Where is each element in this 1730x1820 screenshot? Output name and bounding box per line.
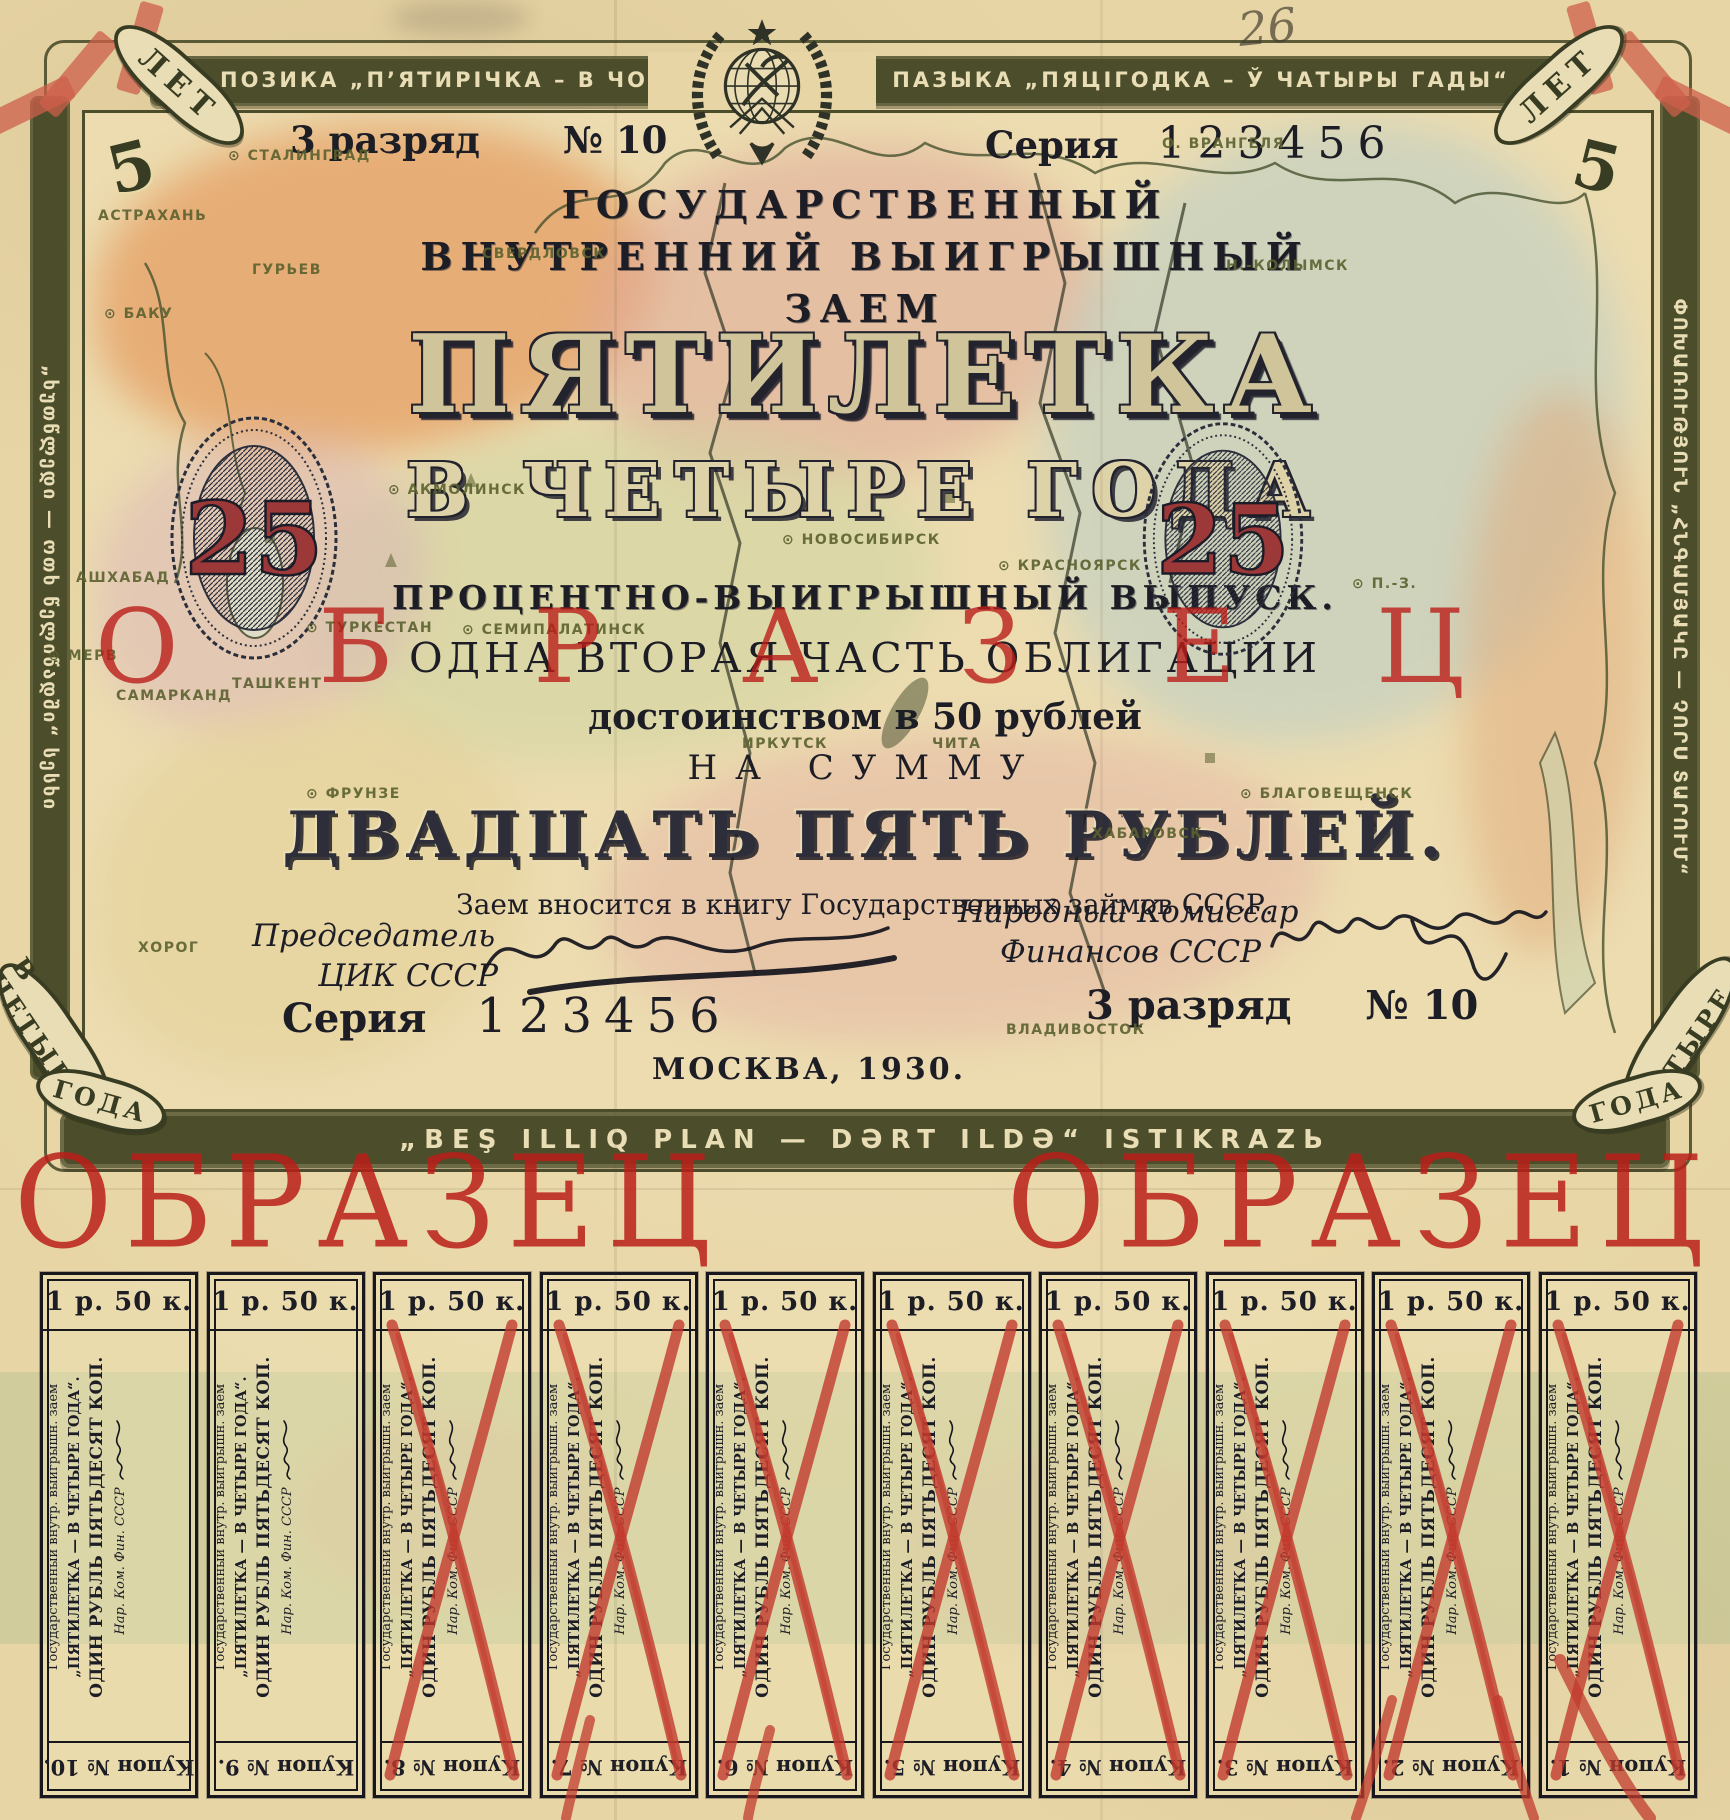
paper-crease xyxy=(1100,0,1103,1820)
coupon-line2: „ПЯТИЛЕТКА — В ЧЕТЫРЕ ГОДА“. xyxy=(64,1334,86,1720)
coupon-narkomfin-label: Нар. Ком. Фин. СССР xyxy=(444,1487,464,1634)
coupon-line3: ОДИН РУБЛЬ ПЯТЬДЕСЯТ КОП. xyxy=(418,1334,444,1720)
coupon-value: 1 р. 50 к. xyxy=(876,1275,1028,1331)
coupon-narkomfin-label: Нар. Ком. Фин. СССР xyxy=(111,1487,131,1634)
coupon: 1 р. 50 к. Государственный внутр. выигры… xyxy=(373,1272,531,1798)
coupon-divider xyxy=(1548,1741,1688,1743)
coupon-line4: Нар. Ком. Фин. СССР xyxy=(444,1334,464,1720)
coupon-line2: „ПЯТИЛЕТКА — В ЧЕТЫРЕ ГОДА“. xyxy=(1229,1334,1251,1720)
map-city-label: ГУРЬЕВ xyxy=(252,262,322,278)
map-city-label: ⊙ БЛАГОВЕЩЕНСК xyxy=(1240,786,1413,802)
coupon-signature xyxy=(779,1419,795,1481)
map-labels-layer: ⊙ СТАЛИНГРАДАСТРАХАНЬГУРЬЕВ⊙ БАКУСВЕРДЛО… xyxy=(0,0,1730,1150)
coupon-line1: Государственный внутр. выигрышн. заем xyxy=(1043,1334,1063,1720)
coupon-line4: Нар. Ком. Фин. СССР xyxy=(943,1334,963,1720)
map-city-label: ХАБАРОВСК xyxy=(1092,826,1203,842)
specimen-letter: Е xyxy=(1162,588,1236,707)
coupon-line2: „ПЯТИЛЕТКА — В ЧЕТЫРЕ ГОДА“. xyxy=(397,1334,419,1720)
coupon-vertical-text: Государственный внутр. выигрышн. заем „П… xyxy=(543,1331,695,1723)
specimen-letter: А xyxy=(741,588,818,707)
coupon-narkomfin-label: Нар. Ком. Фин. СССР xyxy=(1110,1487,1130,1634)
specimen-letter: З xyxy=(958,588,1022,707)
coupon-value: 1 р. 50 к. xyxy=(1542,1275,1694,1331)
coupon-line3: ОДИН РУБЛЬ ПЯТЬДЕСЯТ КОП. xyxy=(751,1334,777,1720)
coupon-line1: Государственный внутр. выигрышн. заем xyxy=(1210,1334,1230,1720)
map-city-label: ВЛАДИВОСТОК xyxy=(1006,1022,1146,1038)
coupon-value: 1 р. 50 к. xyxy=(376,1275,528,1331)
coupon-value: 1 р. 50 к. xyxy=(543,1275,695,1331)
coupon-signature xyxy=(1112,1419,1128,1481)
coupon-line4: Нар. Ком. Фин. СССР xyxy=(1110,1334,1130,1720)
coupon-number: Купон № 7. xyxy=(543,1747,695,1789)
map-city-label: ⊙ ФРУНЗЕ xyxy=(306,786,401,802)
coupon-number: Купон № 6. xyxy=(709,1747,861,1789)
coupon-line4: Нар. Ком. Фин. СССР xyxy=(1276,1334,1296,1720)
coupon-signature xyxy=(1611,1419,1627,1481)
coupon-vertical-text: Государственный внутр. выигрышн. заем „П… xyxy=(1042,1331,1194,1723)
coupon-line1: Государственный внутр. выигрышн. заем xyxy=(44,1334,64,1720)
specimen-letter: Б xyxy=(318,588,393,707)
coupon-line4: Нар. Ком. Фин. СССР xyxy=(1609,1334,1629,1720)
specimen-overprint-big: ОБРАЗЕЦОБРАЗЕЦ xyxy=(14,1130,1716,1277)
coupon-number: Купон № 10. xyxy=(43,1747,195,1789)
coupon-divider xyxy=(549,1741,689,1743)
coupon-vertical-text: Государственный внутр. выигрышн. заем „П… xyxy=(210,1331,362,1723)
coupon-line3: ОДИН РУБЛЬ ПЯТЬДЕСЯТ КОП. xyxy=(1584,1334,1610,1720)
specimen-letter: Ц xyxy=(1376,588,1465,707)
coupon-line3: ОДИН РУБЛЬ ПЯТЬДЕСЯТ КОП. xyxy=(1084,1334,1110,1720)
coupon-line1: Государственный внутр. выигрышн. заем xyxy=(211,1334,231,1720)
bond-document: ПОЗИКА „П’ЯТИРІЧКА – В ЧОТИРИ РОКИ“ ПАЗЫ… xyxy=(0,0,1730,1820)
coupon-signature xyxy=(113,1419,129,1481)
coupon-number: Купон № 4. xyxy=(1042,1747,1194,1789)
coupon-divider xyxy=(1381,1741,1521,1743)
coupon-divider xyxy=(216,1741,356,1743)
coupon-line3: ОДИН РУБЛЬ ПЯТЬДЕСЯТ КОП. xyxy=(1417,1334,1443,1720)
coupon-number: Купон № 8. xyxy=(376,1747,528,1789)
coupon: 1 р. 50 к. Государственный внутр. выигры… xyxy=(706,1272,864,1798)
coupon-line4: Нар. Ком. Фин. СССР xyxy=(1443,1334,1463,1720)
map-city-label: ЧИТА xyxy=(932,736,981,752)
coupon-line2: „ПЯТИЛЕТКА — В ЧЕТЫРЕ ГОДА“. xyxy=(1562,1334,1584,1720)
coupon: 1 р. 50 к. Государственный внутр. выигры… xyxy=(1206,1272,1364,1798)
coupon: 1 р. 50 к. Государственный внутр. выигры… xyxy=(40,1272,198,1798)
coupon: 1 р. 50 к. Государственный внутр. выигры… xyxy=(207,1272,365,1798)
specimen-letter: О xyxy=(95,588,179,707)
coupon: 1 р. 50 к. Государственный внутр. выигры… xyxy=(1539,1272,1697,1798)
coupon-signature xyxy=(1278,1419,1294,1481)
coupon-divider xyxy=(715,1741,855,1743)
map-city-label: ХОРОГ xyxy=(138,940,199,956)
map-city-label: СВЕРДЛОВСК xyxy=(482,246,606,262)
coupon-line2: „ПЯТИЛЕТКА — В ЧЕТЫРЕ ГОДА“. xyxy=(1396,1334,1418,1720)
coupon-line1: Государственный внутр. выигрышн. заем xyxy=(544,1334,564,1720)
coupon-line4: Нар. Ком. Фин. СССР xyxy=(277,1334,297,1720)
coupon-narkomfin-label: Нар. Ком. Фин. СССР xyxy=(943,1487,963,1634)
coupon-vertical-text: Государственный внутр. выигрышн. заем „П… xyxy=(1209,1331,1361,1723)
map-city-label: ⊙ НОВОСИБИРСК xyxy=(782,532,941,548)
coupon: 1 р. 50 к. Государственный внутр. выигры… xyxy=(1039,1272,1197,1798)
coupon-narkomfin-label: Нар. Ком. Фин. СССР xyxy=(1609,1487,1629,1634)
coupon-line2: „ПЯТИЛЕТКА — В ЧЕТЫРЕ ГОДА“. xyxy=(563,1334,585,1720)
coupon-signature xyxy=(945,1419,961,1481)
coupon-number: Купон № 2. xyxy=(1375,1747,1527,1789)
coupon-line3: ОДИН РУБЛЬ ПЯТЬДЕСЯТ КОП. xyxy=(252,1334,278,1720)
map-city-label: О. ВРАНГЕЛЯ xyxy=(1162,136,1285,152)
coupon-narkomfin-label: Нар. Ком. Фин. СССР xyxy=(1443,1487,1463,1634)
coupon-divider xyxy=(1048,1741,1188,1743)
map-city-label: АШХАБАД xyxy=(76,570,170,586)
coupon-value: 1 р. 50 к. xyxy=(1209,1275,1361,1331)
specimen-word: ОБРАЗЕЦ xyxy=(1007,1130,1716,1277)
coupon-line2: „ПЯТИЛЕТКА — В ЧЕТЫРЕ ГОДА“. xyxy=(896,1334,918,1720)
coupon-line3: ОДИН РУБЛЬ ПЯТЬДЕСЯТ КОП. xyxy=(85,1334,111,1720)
coupon-vertical-text: Государственный внутр. выигрышн. заем „П… xyxy=(1542,1331,1694,1723)
map-city-label: Н.-КОЛЫМСК xyxy=(1226,258,1349,274)
coupon-line3: ОДИН РУБЛЬ ПЯТЬДЕСЯТ КОП. xyxy=(585,1334,611,1720)
coupon-line3: ОДИН РУБЛЬ ПЯТЬДЕСЯТ КОП. xyxy=(918,1334,944,1720)
coupon-signature xyxy=(446,1419,462,1481)
specimen-overprint-middle: ОБРАЗЕЦ xyxy=(95,588,1465,707)
map-city-label: ⊙ КРАСНОЯРСК xyxy=(998,558,1142,574)
coupon-number: Купон № 1. xyxy=(1542,1747,1694,1789)
coupon-value: 1 р. 50 к. xyxy=(709,1275,861,1331)
coupon-line1: Государственный внутр. выигрышн. заем xyxy=(1376,1334,1396,1720)
map-city-label: ⊙ АКМОЛИНСК xyxy=(388,482,526,498)
coupon-line1: Государственный внутр. выигрышн. заем xyxy=(710,1334,730,1720)
coupon-narkomfin-label: Нар. Ком. Фин. СССР xyxy=(277,1487,297,1634)
coupon-divider xyxy=(49,1741,189,1743)
coupon-line1: Государственный внутр. выигрышн. заем xyxy=(377,1334,397,1720)
coupon-number: Купон № 9. xyxy=(210,1747,362,1789)
specimen-letter: Р xyxy=(533,588,602,707)
map-city-label: ⊙ БАКУ xyxy=(104,306,173,322)
coupon-signature xyxy=(279,1419,295,1481)
coupon-line3: ОДИН РУБЛЬ ПЯТЬДЕСЯТ КОП. xyxy=(1251,1334,1277,1720)
coupon-signature xyxy=(1445,1419,1461,1481)
coupon-narkomfin-label: Нар. Ком. Фин. СССР xyxy=(777,1487,797,1634)
coupon-number: Купон № 5. xyxy=(876,1747,1028,1789)
coupon-vertical-text: Государственный внутр. выигрышн. заем „П… xyxy=(376,1331,528,1723)
coupon-line1: Государственный внутр. выигрышн. заем xyxy=(1543,1334,1563,1720)
coupon: 1 р. 50 к. Государственный внутр. выигры… xyxy=(873,1272,1031,1798)
coupon-line1: Государственный внутр. выигрышн. заем xyxy=(877,1334,897,1720)
coupon-line2: „ПЯТИЛЕТКА — В ЧЕТЫРЕ ГОДА“. xyxy=(1063,1334,1085,1720)
coupon: 1 р. 50 к. Государственный внутр. выигры… xyxy=(1372,1272,1530,1798)
map-city-label: ⊙ СТАЛИНГРАД xyxy=(228,148,371,164)
coupon-divider xyxy=(882,1741,1022,1743)
coupon-value: 1 р. 50 к. xyxy=(43,1275,195,1331)
coupon-value: 1 р. 50 к. xyxy=(1042,1275,1194,1331)
paper-crease xyxy=(614,0,617,1820)
coupon-line4: Нар. Ком. Фин. СССР xyxy=(111,1334,131,1720)
coupon-divider xyxy=(382,1741,522,1743)
coupon-value: 1 р. 50 к. xyxy=(1375,1275,1527,1331)
map-city-label: ИРКУТСК xyxy=(742,736,828,752)
coupon-line2: „ПЯТИЛЕТКА — В ЧЕТЫРЕ ГОДА“. xyxy=(230,1334,252,1720)
coupon-vertical-text: Государственный внутр. выигрышн. заем „П… xyxy=(43,1331,195,1723)
coupon-value: 1 р. 50 к. xyxy=(210,1275,362,1331)
coupon-vertical-text: Государственный внутр. выигрышн. заем „П… xyxy=(709,1331,861,1723)
coupon-narkomfin-label: Нар. Ком. Фин. СССР xyxy=(1276,1487,1296,1634)
coupon-vertical-text: Государственный внутр. выигрышн. заем „П… xyxy=(1375,1331,1527,1723)
coupon: 1 р. 50 к. Государственный внутр. выигры… xyxy=(540,1272,698,1798)
coupon-divider xyxy=(1215,1741,1355,1743)
coupon-line2: „ПЯТИЛЕТКА — В ЧЕТЫРЕ ГОДА“. xyxy=(730,1334,752,1720)
map-city-label: АСТРАХАНЬ xyxy=(98,208,207,224)
coupon-number: Купон № 3. xyxy=(1209,1747,1361,1789)
coupon-line4: Нар. Ком. Фин. СССР xyxy=(777,1334,797,1720)
coupon-vertical-text: Государственный внутр. выигрышн. заем „П… xyxy=(876,1331,1028,1723)
specimen-word: ОБРАЗЕЦ xyxy=(14,1130,723,1277)
